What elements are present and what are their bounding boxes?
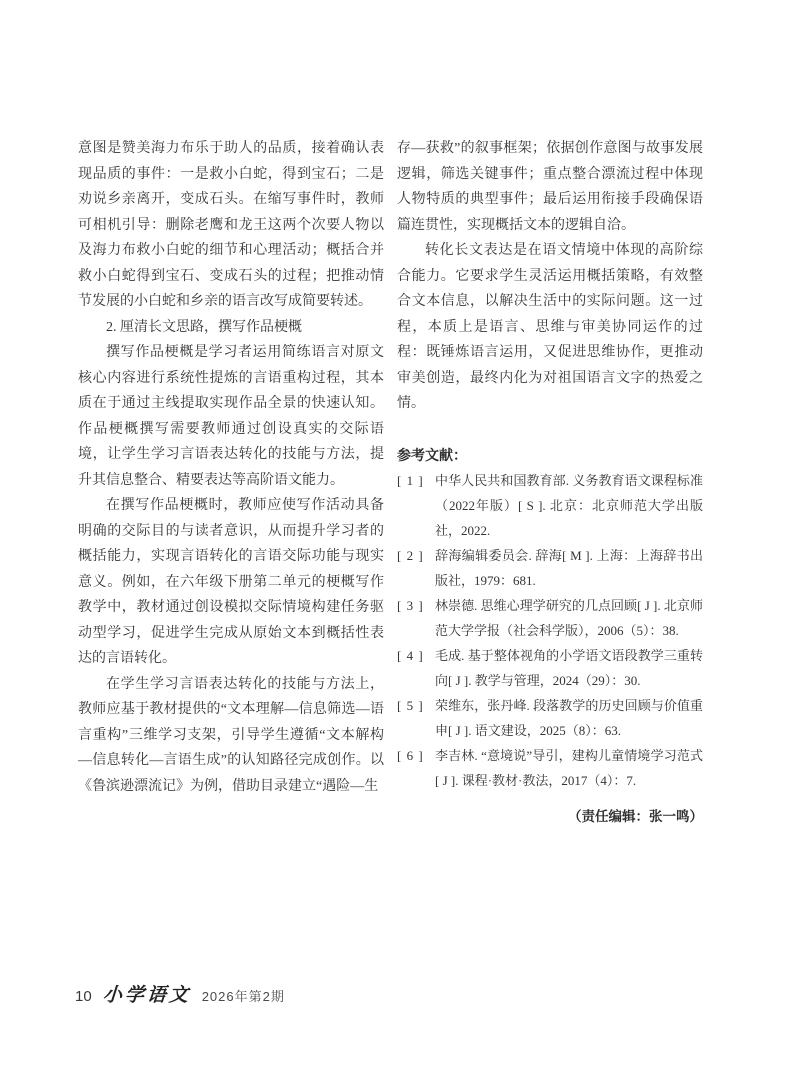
reference-text: 李吉林. “意境说”导引，建构儿童情境学习范式[ J ]. 课程·教材·教法，2… bbox=[435, 743, 703, 793]
reference-item: [ 2 ] 辞海编辑委员会. 辞海[ M ]. 上海：上海辞书出版社，1979：… bbox=[397, 543, 703, 593]
reference-marker: [ 4 ] bbox=[397, 643, 435, 693]
reference-marker: [ 5 ] bbox=[397, 693, 435, 743]
paragraph: 在撰写作品梗概时，教师应使写作活动具备明确的交际目的与读者意识，从而提升学习者的… bbox=[78, 493, 384, 672]
reference-marker: [ 1 ] bbox=[397, 468, 435, 543]
references-section: 参考文献： [ 1 ] 中华人民共和国教育部. 义务教育语文课程标准（2022年… bbox=[397, 443, 703, 793]
reference-text: 毛成. 基于整体视角的小学语文语段教学三重转向[ J ]. 教学与管理，2024… bbox=[435, 643, 703, 693]
reference-marker: [ 6 ] bbox=[397, 743, 435, 793]
reference-item: [ 3 ] 林崇德. 思维心理学研究的几点回顾[ J ]. 北京师范大学学报（社… bbox=[397, 593, 703, 643]
reference-text: 林崇德. 思维心理学研究的几点回顾[ J ]. 北京师范大学学报（社会科学版），… bbox=[435, 593, 703, 643]
reference-item: [ 5 ] 荣维东，张丹峰. 段落教学的历史回顾与价值重申[ J ]. 语文建设… bbox=[397, 693, 703, 743]
column-left: 意图是赞美海力布乐于助人的品质，接着确认表现品质的事件：一是救小白蛇，得到宝石；… bbox=[78, 136, 384, 829]
paragraph-continuation: 存—获救”的叙事框架；依据创作意图与故事发展逻辑，筛选关键事件；重点整合漂流过程… bbox=[397, 136, 703, 238]
reference-text: 荣维东，张丹峰. 段落教学的历史回顾与价值重申[ J ]. 语文建设，2025（… bbox=[435, 693, 703, 743]
journal-page: 意图是赞美海力布乐于助人的品质，接着确认表现品质的事件：一是救小白蛇，得到宝石；… bbox=[0, 0, 800, 1077]
reference-marker: [ 2 ] bbox=[397, 543, 435, 593]
paragraph-continuation: 意图是赞美海力布乐于助人的品质，接着确认表现品质的事件：一是救小白蛇，得到宝石；… bbox=[78, 136, 384, 315]
page-footer: 10 小学语文 2026年第2期 bbox=[75, 980, 285, 1007]
reference-item: [ 1 ] 中华人民共和国教育部. 义务教育语文课程标准（2022年版）[ S … bbox=[397, 468, 703, 543]
section-subheading: 2. 厘清长文思路，撰写作品梗概 bbox=[78, 315, 384, 341]
reference-item: [ 6 ] 李吉林. “意境说”导引，建构儿童情境学习范式[ J ]. 课程·教… bbox=[397, 743, 703, 793]
column-right: 存—获救”的叙事框架；依据创作意图与故事发展逻辑，筛选关键事件；重点整合漂流过程… bbox=[397, 136, 703, 829]
article-body: 意图是赞美海力布乐于助人的品质，接着确认表现品质的事件：一是救小白蛇，得到宝石；… bbox=[78, 136, 704, 829]
issue-label: 2026年第2期 bbox=[202, 986, 285, 1005]
reference-text: 辞海编辑委员会. 辞海[ M ]. 上海：上海辞书出版社，1979：681. bbox=[435, 543, 703, 593]
page-number: 10 bbox=[75, 988, 92, 1005]
paragraph: 转化长文表达是在语文情境中体现的高阶综合能力。它要求学生灵活运用概括策略，有效整… bbox=[397, 238, 703, 417]
paragraph: 在学生学习言语表达转化的技能与方法上，教师应基于教材提供的“文本理解—信息筛选—… bbox=[78, 672, 384, 800]
journal-logo: 小学语文 bbox=[102, 980, 192, 1007]
editor-note: （责任编辑：张一鸣） bbox=[397, 804, 703, 829]
reference-text: 中华人民共和国教育部. 义务教育语文课程标准（2022年版）[ S ]. 北京：… bbox=[435, 468, 703, 543]
reference-marker: [ 3 ] bbox=[397, 593, 435, 643]
paragraph: 撰写作品梗概是学习者运用简练语言对原文核心内容进行系统性提炼的言语重构过程，其本… bbox=[78, 340, 384, 493]
references-heading: 参考文献： bbox=[397, 443, 703, 468]
reference-item: [ 4 ] 毛成. 基于整体视角的小学语文语段教学三重转向[ J ]. 教学与管… bbox=[397, 643, 703, 693]
